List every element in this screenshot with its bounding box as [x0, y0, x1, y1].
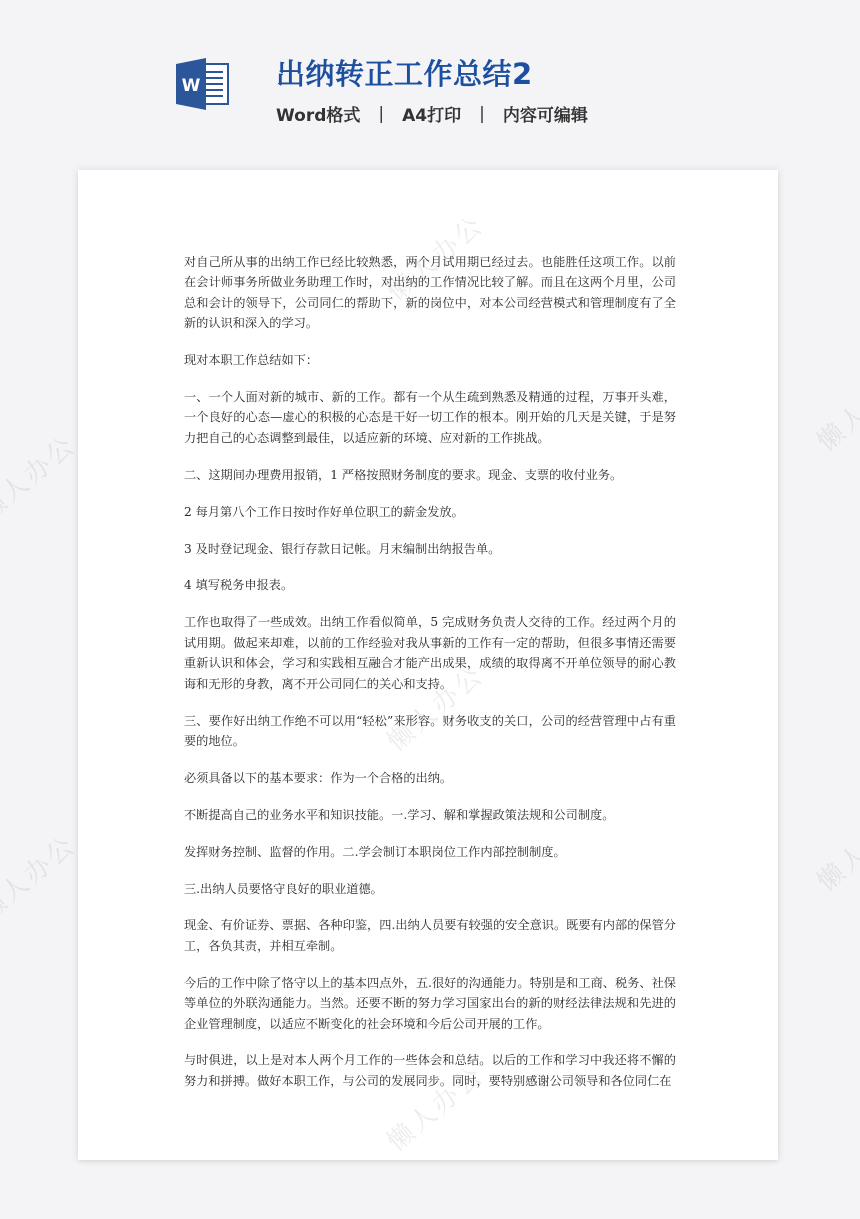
paragraph: 今后的工作中除了恪守以上的基本四点外，五.很好的沟通能力。特别是和工商、税务、社…	[184, 973, 676, 1034]
watermark: 懒人办公	[0, 425, 83, 528]
paragraph: 二、这期间办理费用报销，1 严格按照财务制度的要求。现金、支票的收付业务。	[184, 465, 676, 485]
paragraph: 发挥财务控制、监督的作用。二.学会制订本职岗位工作内部控制制度。	[184, 842, 676, 862]
paragraph: 必须具备以下的基本要求：作为一个合格的出纳。	[184, 768, 676, 788]
paragraph: 三、要作好出纳工作绝不可以用“轻松”来形容。财务收支的关口，公司的经营管理中占有…	[184, 711, 676, 752]
paragraph: 与时俱进，以上是对本人两个月工作的一些体会和总结。以后的工作和学习中我还将不懈的…	[184, 1050, 676, 1091]
watermark: 懒人办公	[808, 355, 860, 458]
svg-text:W: W	[182, 76, 201, 96]
meta-format: Word格式	[276, 101, 360, 126]
paragraph: 2 每月第八个工作日按时作好单位职工的薪金发放。	[184, 502, 676, 522]
meta-separator: |	[479, 104, 485, 124]
paragraph: 一、一个人面对新的城市、新的工作。都有一个从生疏到熟悉及精通的过程，万事开头难，…	[184, 387, 676, 448]
paragraph: 对自己所从事的出纳工作已经比较熟悉，两个月试用期已经过去。也能胜任这项工作。以前…	[184, 252, 676, 334]
paragraph: 不断提高自己的业务水平和知识技能。一.学习、解和掌握政策法规和公司制度。	[184, 805, 676, 825]
watermark: 懒人办公	[0, 825, 83, 928]
paragraph: 4 填写税务申报表。	[184, 575, 676, 595]
meta-editable: 内容可编辑	[503, 101, 588, 126]
paragraph: 工作也取得了一些成效。出纳工作看似简单，5 完成财务负责人交待的工作。经过两个月…	[184, 612, 676, 694]
document-preview: W 出纳转正工作总结2 Word格式 | A4打印 | 内容可编辑 懒人办公 懒…	[0, 0, 860, 1219]
document-page: 懒人办公 懒人办公 懒人办公 懒人办公 懒人办公 对自己所从事的出纳工作已经比较…	[78, 170, 778, 1160]
meta-print: A4打印	[402, 101, 461, 126]
document-body: 对自己所从事的出纳工作已经比较熟悉，两个月试用期已经过去。也能胜任这项工作。以前…	[184, 252, 676, 1108]
word-document-icon: W	[176, 58, 230, 110]
paragraph: 3 及时登记现金、银行存款日记帐。月末编制出纳报告单。	[184, 539, 676, 559]
document-title: 出纳转正工作总结2	[276, 52, 533, 93]
document-meta: Word格式 | A4打印 | 内容可编辑	[276, 101, 588, 126]
paragraph: 现对本职工作总结如下：	[184, 350, 676, 370]
header: W 出纳转正工作总结2 Word格式 | A4打印 | 内容可编辑	[0, 0, 860, 160]
paragraph: 三.出纳人员要恪守良好的职业道德。	[184, 879, 676, 899]
watermark: 懒人办公	[808, 795, 860, 898]
paragraph: 现金、有价证券、票据、各种印鉴，四.出纳人员要有较强的安全意识。既要有内部的保管…	[184, 915, 676, 956]
meta-separator: |	[378, 104, 384, 124]
